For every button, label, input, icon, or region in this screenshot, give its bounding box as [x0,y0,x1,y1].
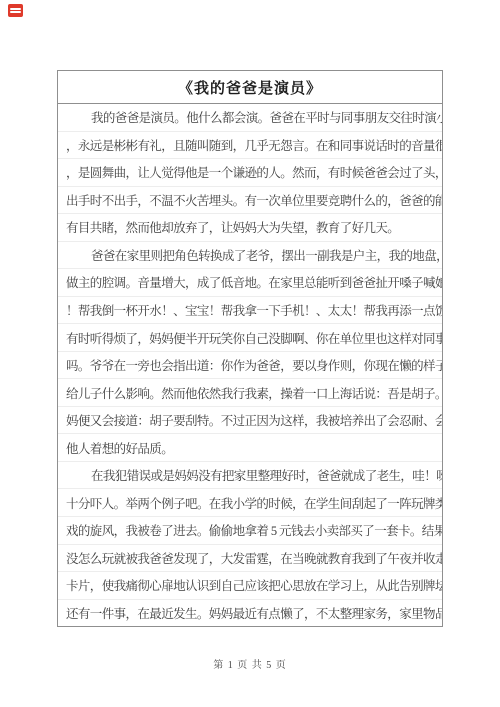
text-line: ，永远是彬彬有礼，且随叫随到，几乎无怨言。在和同事说话时的音量很小 [58,132,442,160]
page-number: 第 1 页 共 5 页 [0,656,500,671]
text-line: 戏的旋风，我被卷了进去。偷偷地拿着 5 元钱去小卖部买了一套卡。结果还 [58,517,442,545]
stamp-glyph-bar [10,11,21,13]
text-line: 做主的腔调。音量增大，成了低音地。在家里总能听到爸爸扯开嗓子喊娘子 [58,269,442,297]
text-line: 有时听得烦了，妈妈便半开玩笑你自己没脚啊、你在单位里也这样对同事说 [58,324,442,352]
stamp-glyph-bar [10,8,21,10]
text-line: 爸爸在家里则把角色转换成了老爷，摆出一副我是户主，我的地盘，我 [58,242,442,270]
text-line: 在我犯错误或是妈妈没有把家里整理好时，爸爸就成了老生，哇！呀， [58,462,442,490]
text-line: 出手时不出手，不温不火苦埋头。有一次单位里要竞聘什么的，爸爸的能力 [58,187,442,215]
text-line: 吗。爷爷在一旁也会指出道：你作为爸爸，要以身作则，你现在懒的样子， [58,352,442,380]
essay-table: 《我的爸爸是演员》 我的爸爸是演员。他什么都会演。爸爸在平时与同事朋友交往时演小… [57,70,443,627]
text-line: 我的爸爸是演员。他什么都会演。爸爸在平时与同事朋友交往时演小生 [58,104,442,132]
text-line: 他人着想的好品质。 [58,434,442,462]
text-line: 十分吓人。举两个例子吧。在我小学的时候，在学生间刮起了一阵玩牌类游 [58,489,442,517]
document-page: 《我的爸爸是演员》 我的爸爸是演员。他什么都会演。爸爸在平时与同事朋友交往时演小… [0,0,500,707]
text-line: 卡片，使我痛彻心扉地认识到自己应该把心思放在学习上，从此告别牌坛。 [58,572,442,600]
text-line: ，是圆舞曲，让人觉得他是一个谦逊的人。然而，有时候爸爸会过了头，该 [58,159,442,187]
text-line: 没怎么玩就被我爸爸发现了，大发雷霆，在当晚就教育我到了午夜并收走了 [58,545,442,573]
essay-body: 我的爸爸是演员。他什么都会演。爸爸在平时与同事朋友交往时演小生，永远是彬彬有礼，… [58,104,442,626]
text-line: 妈便又会接道：胡子要刮特。不过正因为这样，我被培养出了会忍耐、会替 [58,407,442,435]
text-line: 给儿子什么影响。然而他依然我行我素，操着一口上海话说：吾是胡子。妈 [58,379,442,407]
essay-title: 《我的爸爸是演员》 [58,71,442,104]
text-line: 有目共睹，然而他却放弃了，让妈妈大为失望，教育了好几天。 [58,214,442,242]
text-line: ！帮我倒一杯开水！、宝宝！帮我拿一下手机！、太太！帮我再添一点饭！ [58,297,442,325]
brand-stamp-icon [8,4,23,17]
text-line: 还有一件事，在最近发生。妈妈最近有点懒了，不太整理家务，家里物品有 [58,600,442,627]
